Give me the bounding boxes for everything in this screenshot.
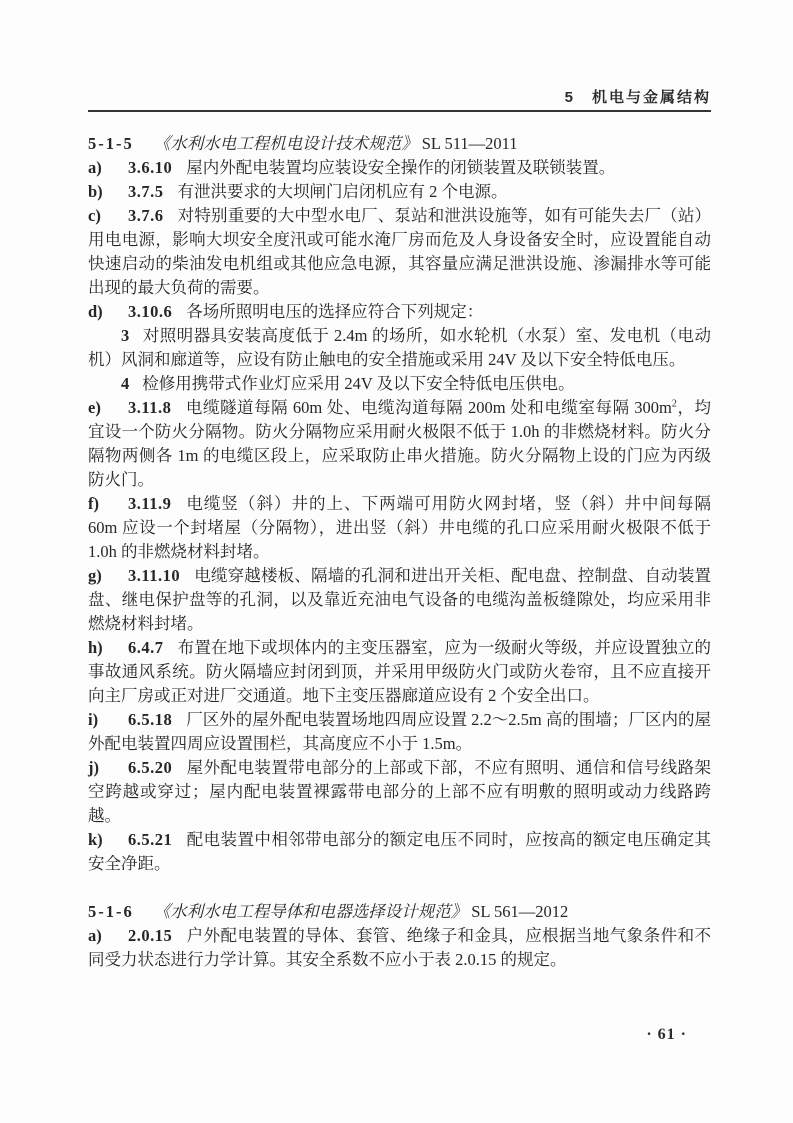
item-letter: h)	[88, 636, 128, 660]
clause-text: 布置在地下或坝体内的主变压器室，应为一级耐火等级，并应设置独立的事故通风系统。防…	[88, 638, 711, 705]
section-id: 5-1-5	[88, 134, 134, 153]
clause-item-a2: a)2.0.15户外配电装置的导体、套管、绝缘子和金具，应根据当地气象条件和不同…	[88, 924, 711, 972]
clause-text: 有泄洪要求的大坝闸门启闭机应有 2 个电源。	[178, 182, 508, 201]
clause-item-j: j)6.5.20屋外配电装置带电部分的上部或下部，不应有照明、通信和信号线路架空…	[88, 756, 711, 828]
item-letter: f)	[88, 492, 128, 516]
standard-code: SL 511—2011	[422, 134, 518, 153]
item-letter: j)	[88, 756, 128, 780]
clause-number: 2.0.15	[128, 926, 172, 945]
sub-clause-4: 4检修用携带式作业灯应采用 24V 及以下安全特低电压供电。	[88, 372, 711, 396]
clause-text: 各场所照明电压的选择应符合下列规定：	[186, 302, 483, 321]
clause-item-f: f)3.11.9电缆竖（斜）井的上、下两端可用防火网封堵，竖（斜）井中间每隔 6…	[88, 492, 711, 564]
clause-item-c: c)3.7.6对特别重要的大中型水电厂、泵站和泄洪设施等，如有可能失去厂（站）用…	[88, 204, 711, 300]
clause-text: 对特别重要的大中型水电厂、泵站和泄洪设施等，如有可能失去厂（站）用电电源，影响大…	[88, 206, 711, 297]
clause-number: 3.11.8	[128, 398, 171, 417]
document-page: 5 机电与金属结构 5-1-5《水利水电工程机电设计技术规范》SL 511—20…	[0, 0, 793, 1123]
clause-number: 3.7.5	[128, 182, 164, 201]
item-letter: a)	[88, 156, 128, 180]
clause-item-i: i)6.5.18厂区外的屋外配电装置场地四周应设置 2.2～2.5m 高的围墙；…	[88, 708, 711, 756]
clause-text: 屋内外配电装置均应装设安全操作的闭锁装置及联锁装置。	[186, 158, 615, 177]
item-letter: d)	[88, 300, 128, 324]
sub-item-number: 4	[121, 374, 129, 393]
clause-number: 6.4.7	[128, 638, 164, 657]
section-heading: 5-1-5《水利水电工程机电设计技术规范》SL 511—2011	[88, 132, 711, 156]
clause-text: 户外配电装置的导体、套管、绝缘子和金具，应根据当地气象条件和不同受力状态进行力学…	[88, 926, 711, 969]
sub-item-number: 3	[121, 326, 129, 345]
clause-item-k: k)6.5.21配电装置中相邻带电部分的额定电压不同时，应按高的额定电压确定其安…	[88, 828, 711, 876]
sub-clause-3: 3对照明器具安装高度低于 2.4m 的场所，如水轮机（水泵）室、发电机（电动机）…	[88, 324, 711, 372]
section-5-1-6: 5-1-6《水利水电工程导体和电器选择设计规范》SL 561—2012 a)2.…	[88, 900, 711, 972]
running-header: 5 机电与金属结构	[88, 86, 711, 107]
item-letter: i)	[88, 708, 128, 732]
clause-text: 电缆竖（斜）井的上、下两端可用防火网封堵，竖（斜）井中间每隔 60m 应设一个封…	[88, 494, 711, 561]
item-letter: k)	[88, 828, 128, 852]
item-letter: g)	[88, 564, 128, 588]
clause-text-part: 电缆隧道每隔 60m 处、电缆沟道每隔 200m 处和电缆室每隔 300m	[185, 398, 672, 417]
clause-number: 3.6.10	[128, 158, 172, 177]
section-id: 5-1-6	[88, 902, 134, 921]
page-number: · 61 ·	[88, 1026, 711, 1044]
item-letter: a)	[88, 924, 128, 948]
clause-number: 6.5.18	[128, 710, 172, 729]
clause-number: 3.10.6	[128, 302, 172, 321]
clause-item-d: d)3.10.6各场所照明电压的选择应符合下列规定：	[88, 300, 711, 324]
item-letter: b)	[88, 180, 128, 204]
clause-text: 屋外配电装置带电部分的上部或下部，不应有照明、通信和信号线路架空跨越或穿过；屋内…	[88, 758, 711, 825]
page-body: 5-1-5《水利水电工程机电设计技术规范》SL 511—2011 a)3.6.1…	[88, 132, 711, 972]
clause-item-e: e)3.11.8电缆隧道每隔 60m 处、电缆沟道每隔 200m 处和电缆室每隔…	[88, 396, 711, 492]
clause-item-b: b)3.7.5有泄洪要求的大坝闸门启闭机应有 2 个电源。	[88, 180, 711, 204]
clause-text: 配电装置中相邻带电部分的额定电压不同时，应按高的额定电压确定其安全净距。	[88, 830, 711, 873]
clause-number: 6.5.20	[128, 758, 172, 777]
clause-number: 3.11.9	[128, 494, 171, 513]
clause-item-a: a)3.6.10屋内外配电装置均应装设安全操作的闭锁装置及联锁装置。	[88, 156, 711, 180]
section-heading: 5-1-6《水利水电工程导体和电器选择设计规范》SL 561—2012	[88, 900, 711, 924]
clause-text: 检修用携带式作业灯应采用 24V 及以下安全特低电压供电。	[142, 374, 574, 393]
standard-title: 《水利水电工程机电设计技术规范》	[154, 134, 418, 153]
standard-title: 《水利水电工程导体和电器选择设计规范》	[154, 902, 468, 921]
clause-number: 6.5.21	[128, 830, 172, 849]
standard-code: SL 561—2012	[471, 902, 568, 921]
clause-number: 3.7.6	[128, 206, 164, 225]
item-letter: c)	[88, 204, 128, 228]
clause-number: 3.11.10	[128, 566, 180, 585]
header-rule	[88, 110, 711, 112]
item-letter: e)	[88, 396, 128, 420]
clause-item-h: h)6.4.7布置在地下或坝体内的主变压器室，应为一级耐火等级，并应设置独立的事…	[88, 636, 711, 708]
clause-text: 对照明器具安装高度低于 2.4m 的场所，如水轮机（水泵）室、发电机（电动机）风…	[88, 326, 711, 369]
section-5-1-5: 5-1-5《水利水电工程机电设计技术规范》SL 511—2011 a)3.6.1…	[88, 132, 711, 876]
clause-item-g: g)3.11.10电缆穿越楼板、隔墙的孔洞和进出开关柜、配电盘、控制盘、自动装置…	[88, 564, 711, 636]
clause-text: 电缆穿越楼板、隔墙的孔洞和进出开关柜、配电盘、控制盘、自动装置盘、继电保护盘等的…	[88, 566, 711, 633]
clause-text: 厂区外的屋外配电装置场地四周应设置 2.2～2.5m 高的围墙；厂区内的屋外配电…	[88, 710, 711, 753]
